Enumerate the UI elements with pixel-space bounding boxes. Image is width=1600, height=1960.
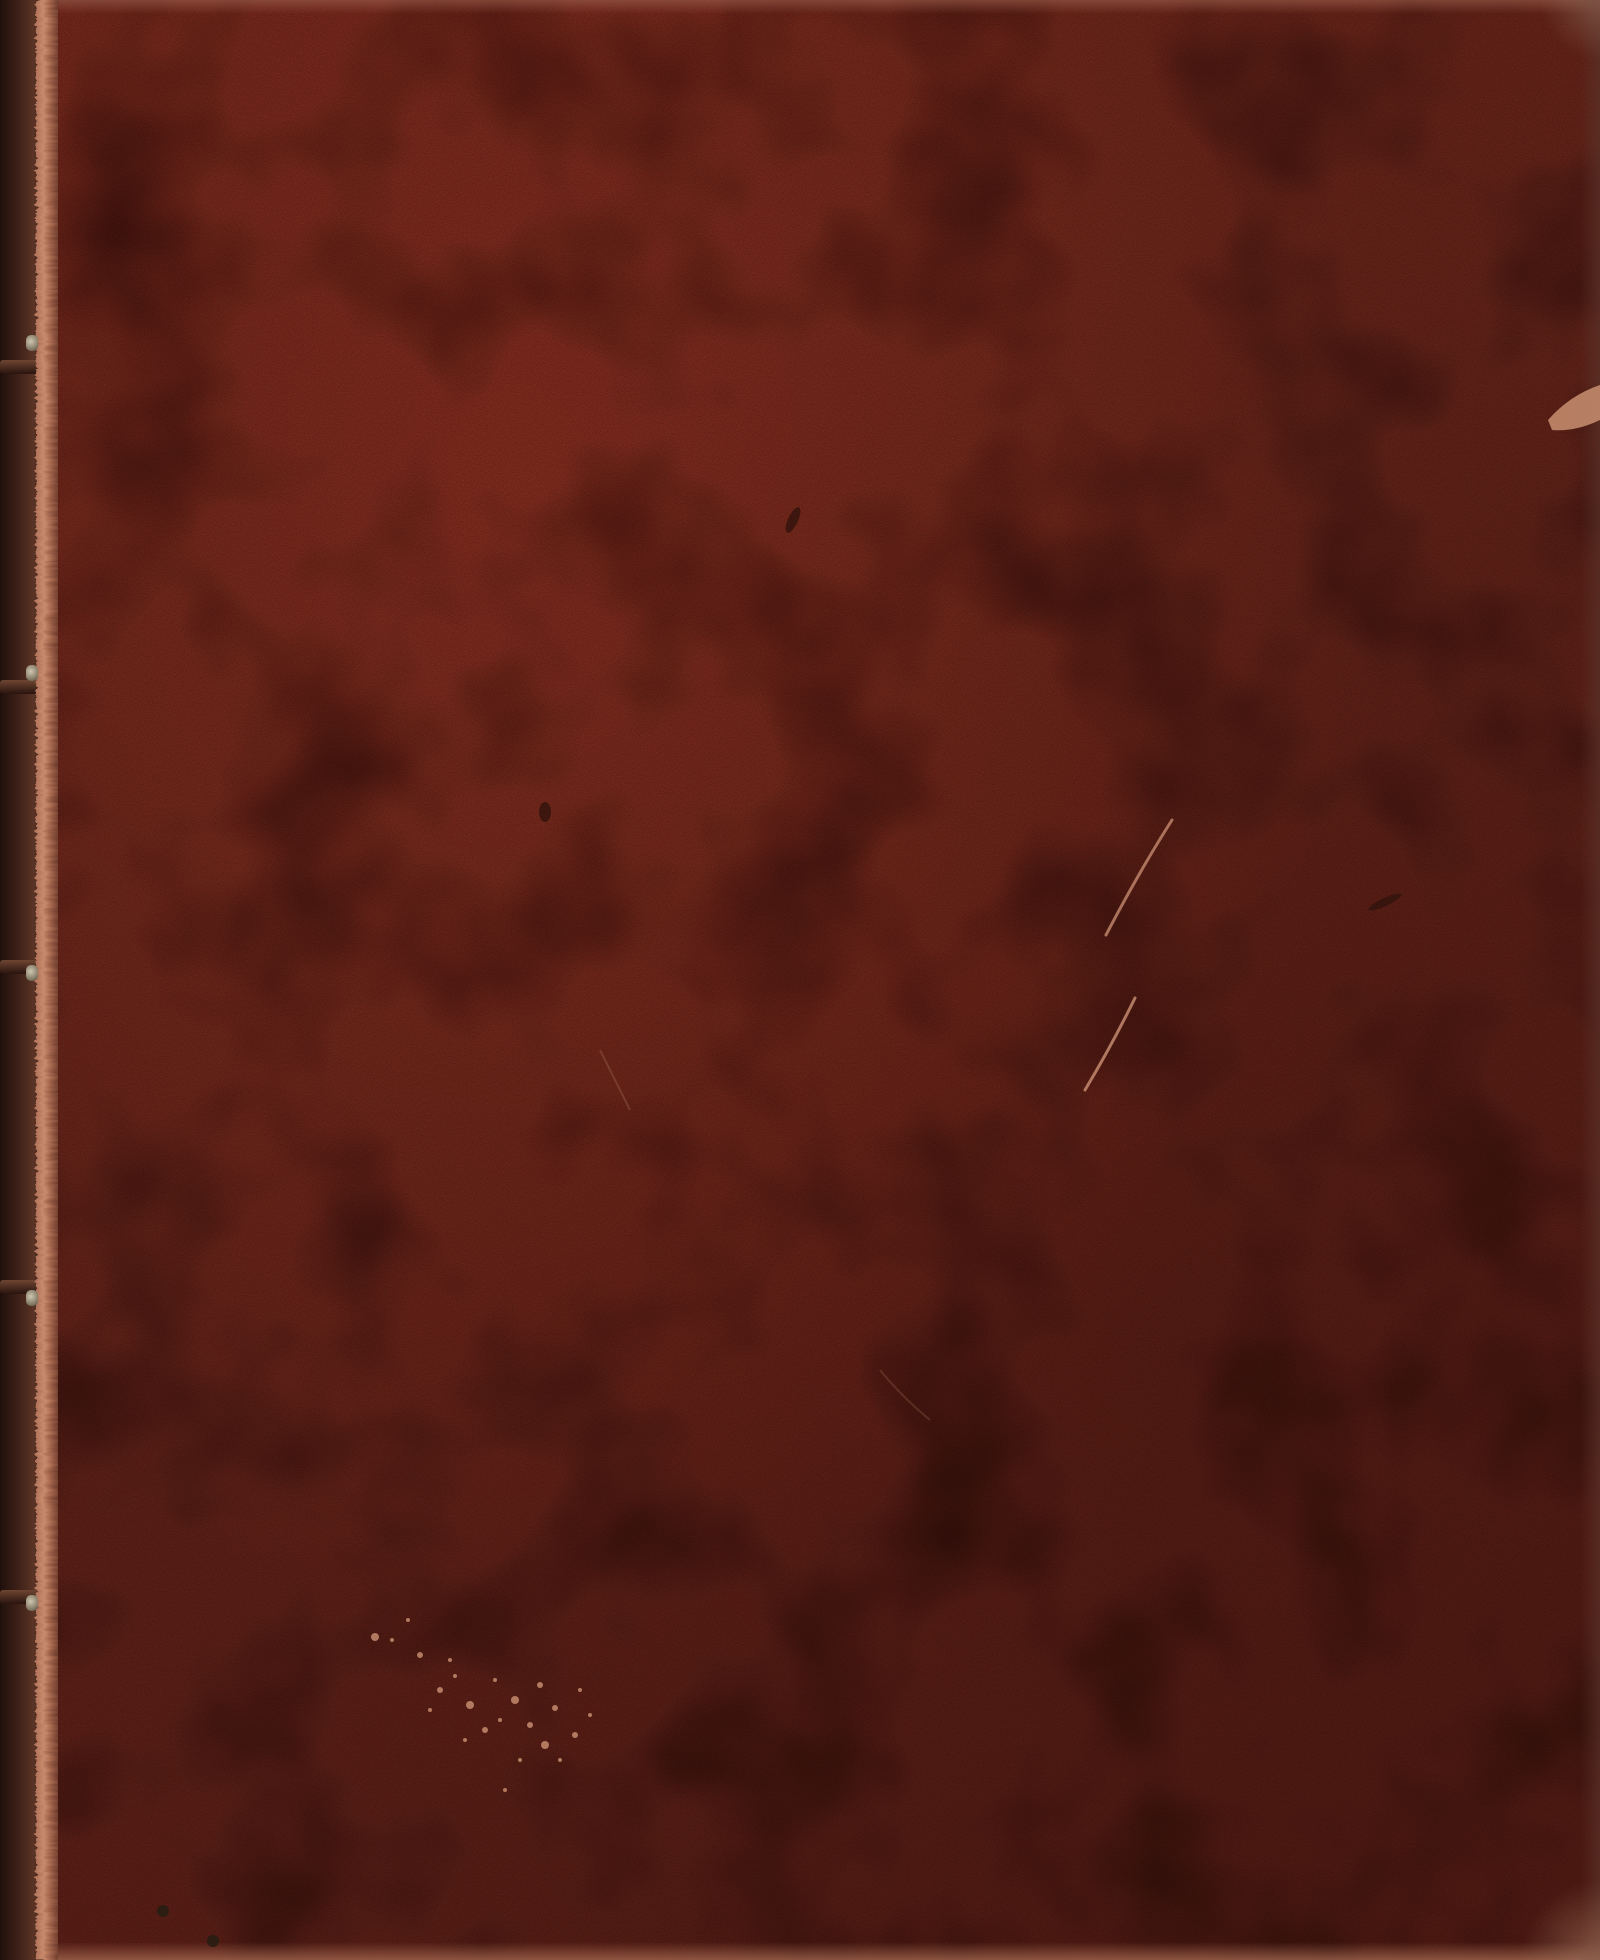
speckle-abrasion: [371, 1618, 592, 1792]
faint-scratch: [880, 1370, 930, 1420]
faint-scratch: [600, 1050, 630, 1110]
scratch-mark: [1085, 998, 1135, 1090]
scratch-mark: [1106, 820, 1172, 935]
dark-blemish: [539, 802, 551, 822]
dark-blemish: [783, 505, 804, 535]
worn-patch: [1548, 385, 1600, 430]
dark-blemish: [1367, 891, 1403, 913]
surface-marks: [0, 0, 1600, 1960]
nail-dot: [207, 1935, 219, 1947]
book-cover-photo: [0, 0, 1600, 1960]
nail-dot: [157, 1905, 169, 1917]
